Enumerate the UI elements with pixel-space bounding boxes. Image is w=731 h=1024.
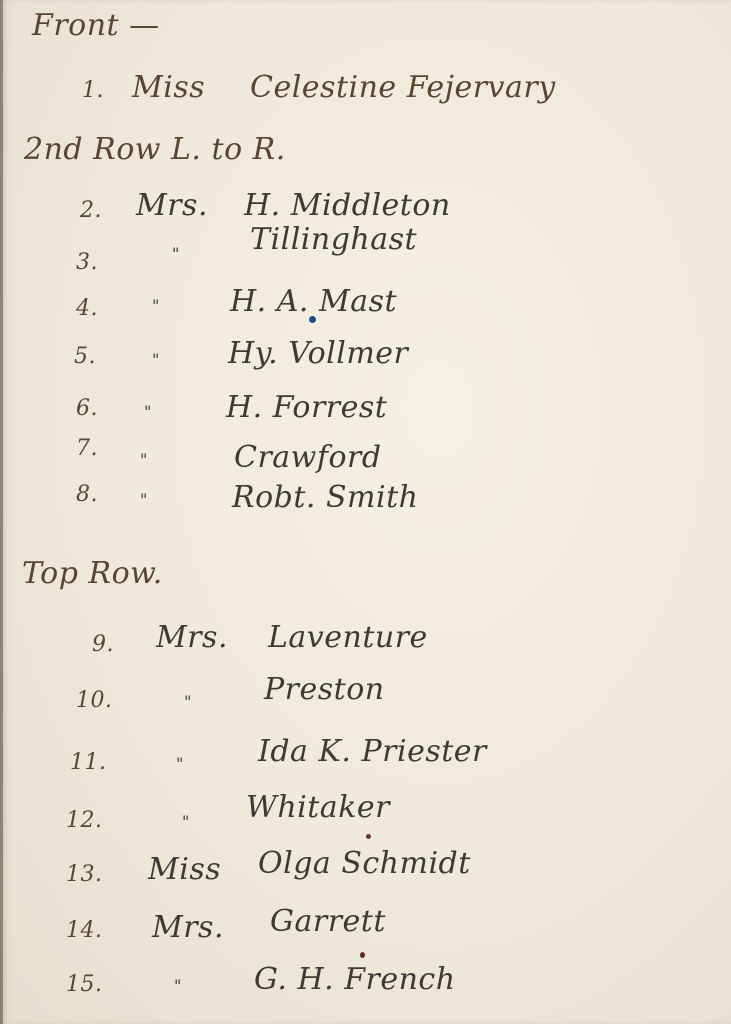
ditto-mark: " <box>184 692 192 711</box>
entry-number: 8. <box>76 482 98 507</box>
ditto-mark: " <box>174 976 182 995</box>
entry-number: 11. <box>70 750 107 775</box>
ink-spot <box>366 834 371 839</box>
entry-title: Mrs. <box>152 910 224 945</box>
entry-title: Mrs. <box>156 620 228 655</box>
entry-name: H. A. Mast <box>230 284 397 319</box>
ditto-mark: " <box>152 296 160 315</box>
entry-name: Garrett <box>270 904 386 939</box>
entry-name: Celestine Fejervary <box>250 70 556 105</box>
entry-name: Hy. Vollmer <box>228 336 408 371</box>
entry-name: H. Forrest <box>226 390 387 425</box>
entry-number: 7. <box>76 436 98 461</box>
entry-number: 6. <box>76 396 98 421</box>
ditto-mark: " <box>176 754 184 773</box>
entry-title: Mrs. <box>136 188 208 223</box>
section-heading-front: Front — <box>32 8 160 43</box>
ditto-mark: " <box>152 350 160 369</box>
entry-name: Robt. Smith <box>232 480 418 515</box>
ditto-mark: " <box>140 450 148 469</box>
ditto-mark: " <box>140 490 148 509</box>
entry-number: 14. <box>66 918 103 943</box>
entry-name: Crawford <box>234 440 382 475</box>
entry-number: 4. <box>76 296 98 321</box>
entry-name: Preston <box>264 672 385 707</box>
entry-number: 9. <box>92 632 114 657</box>
section-heading-2nd-row: 2nd Row L. to R. <box>24 132 286 167</box>
entry-number: 12. <box>66 808 103 833</box>
ditto-mark: " <box>144 402 152 421</box>
entry-number: 10. <box>76 688 113 713</box>
entry-number: 2. <box>80 198 102 223</box>
ditto-mark: " <box>172 244 180 263</box>
entry-number: 15. <box>66 972 103 997</box>
entry-name: G. H. French <box>254 962 456 997</box>
entry-name: Tillinghast <box>250 222 417 257</box>
section-heading-top-row: Top Row. <box>22 556 163 591</box>
entry-title: Miss <box>148 852 221 887</box>
entry-number: 3. <box>76 250 98 275</box>
entry-number: 5. <box>74 344 96 369</box>
entry-number: 1. <box>82 78 104 103</box>
entry-number: 13. <box>66 862 103 887</box>
entry-title: Miss <box>132 70 205 105</box>
ditto-mark: " <box>182 812 190 831</box>
entry-name: H. Middleton <box>244 188 451 223</box>
entry-name: Laventure <box>268 620 428 655</box>
entry-name: Olga Schmidt <box>258 846 471 881</box>
ink-blot-blue <box>309 316 316 323</box>
entry-name: Ida K. Priester <box>258 734 487 769</box>
page-edge <box>0 0 3 1024</box>
handwritten-page: Front — 1. Miss Celestine Fejervary 2nd … <box>0 0 731 1024</box>
ink-spot <box>360 952 365 958</box>
entry-name: Whitaker <box>246 790 390 825</box>
